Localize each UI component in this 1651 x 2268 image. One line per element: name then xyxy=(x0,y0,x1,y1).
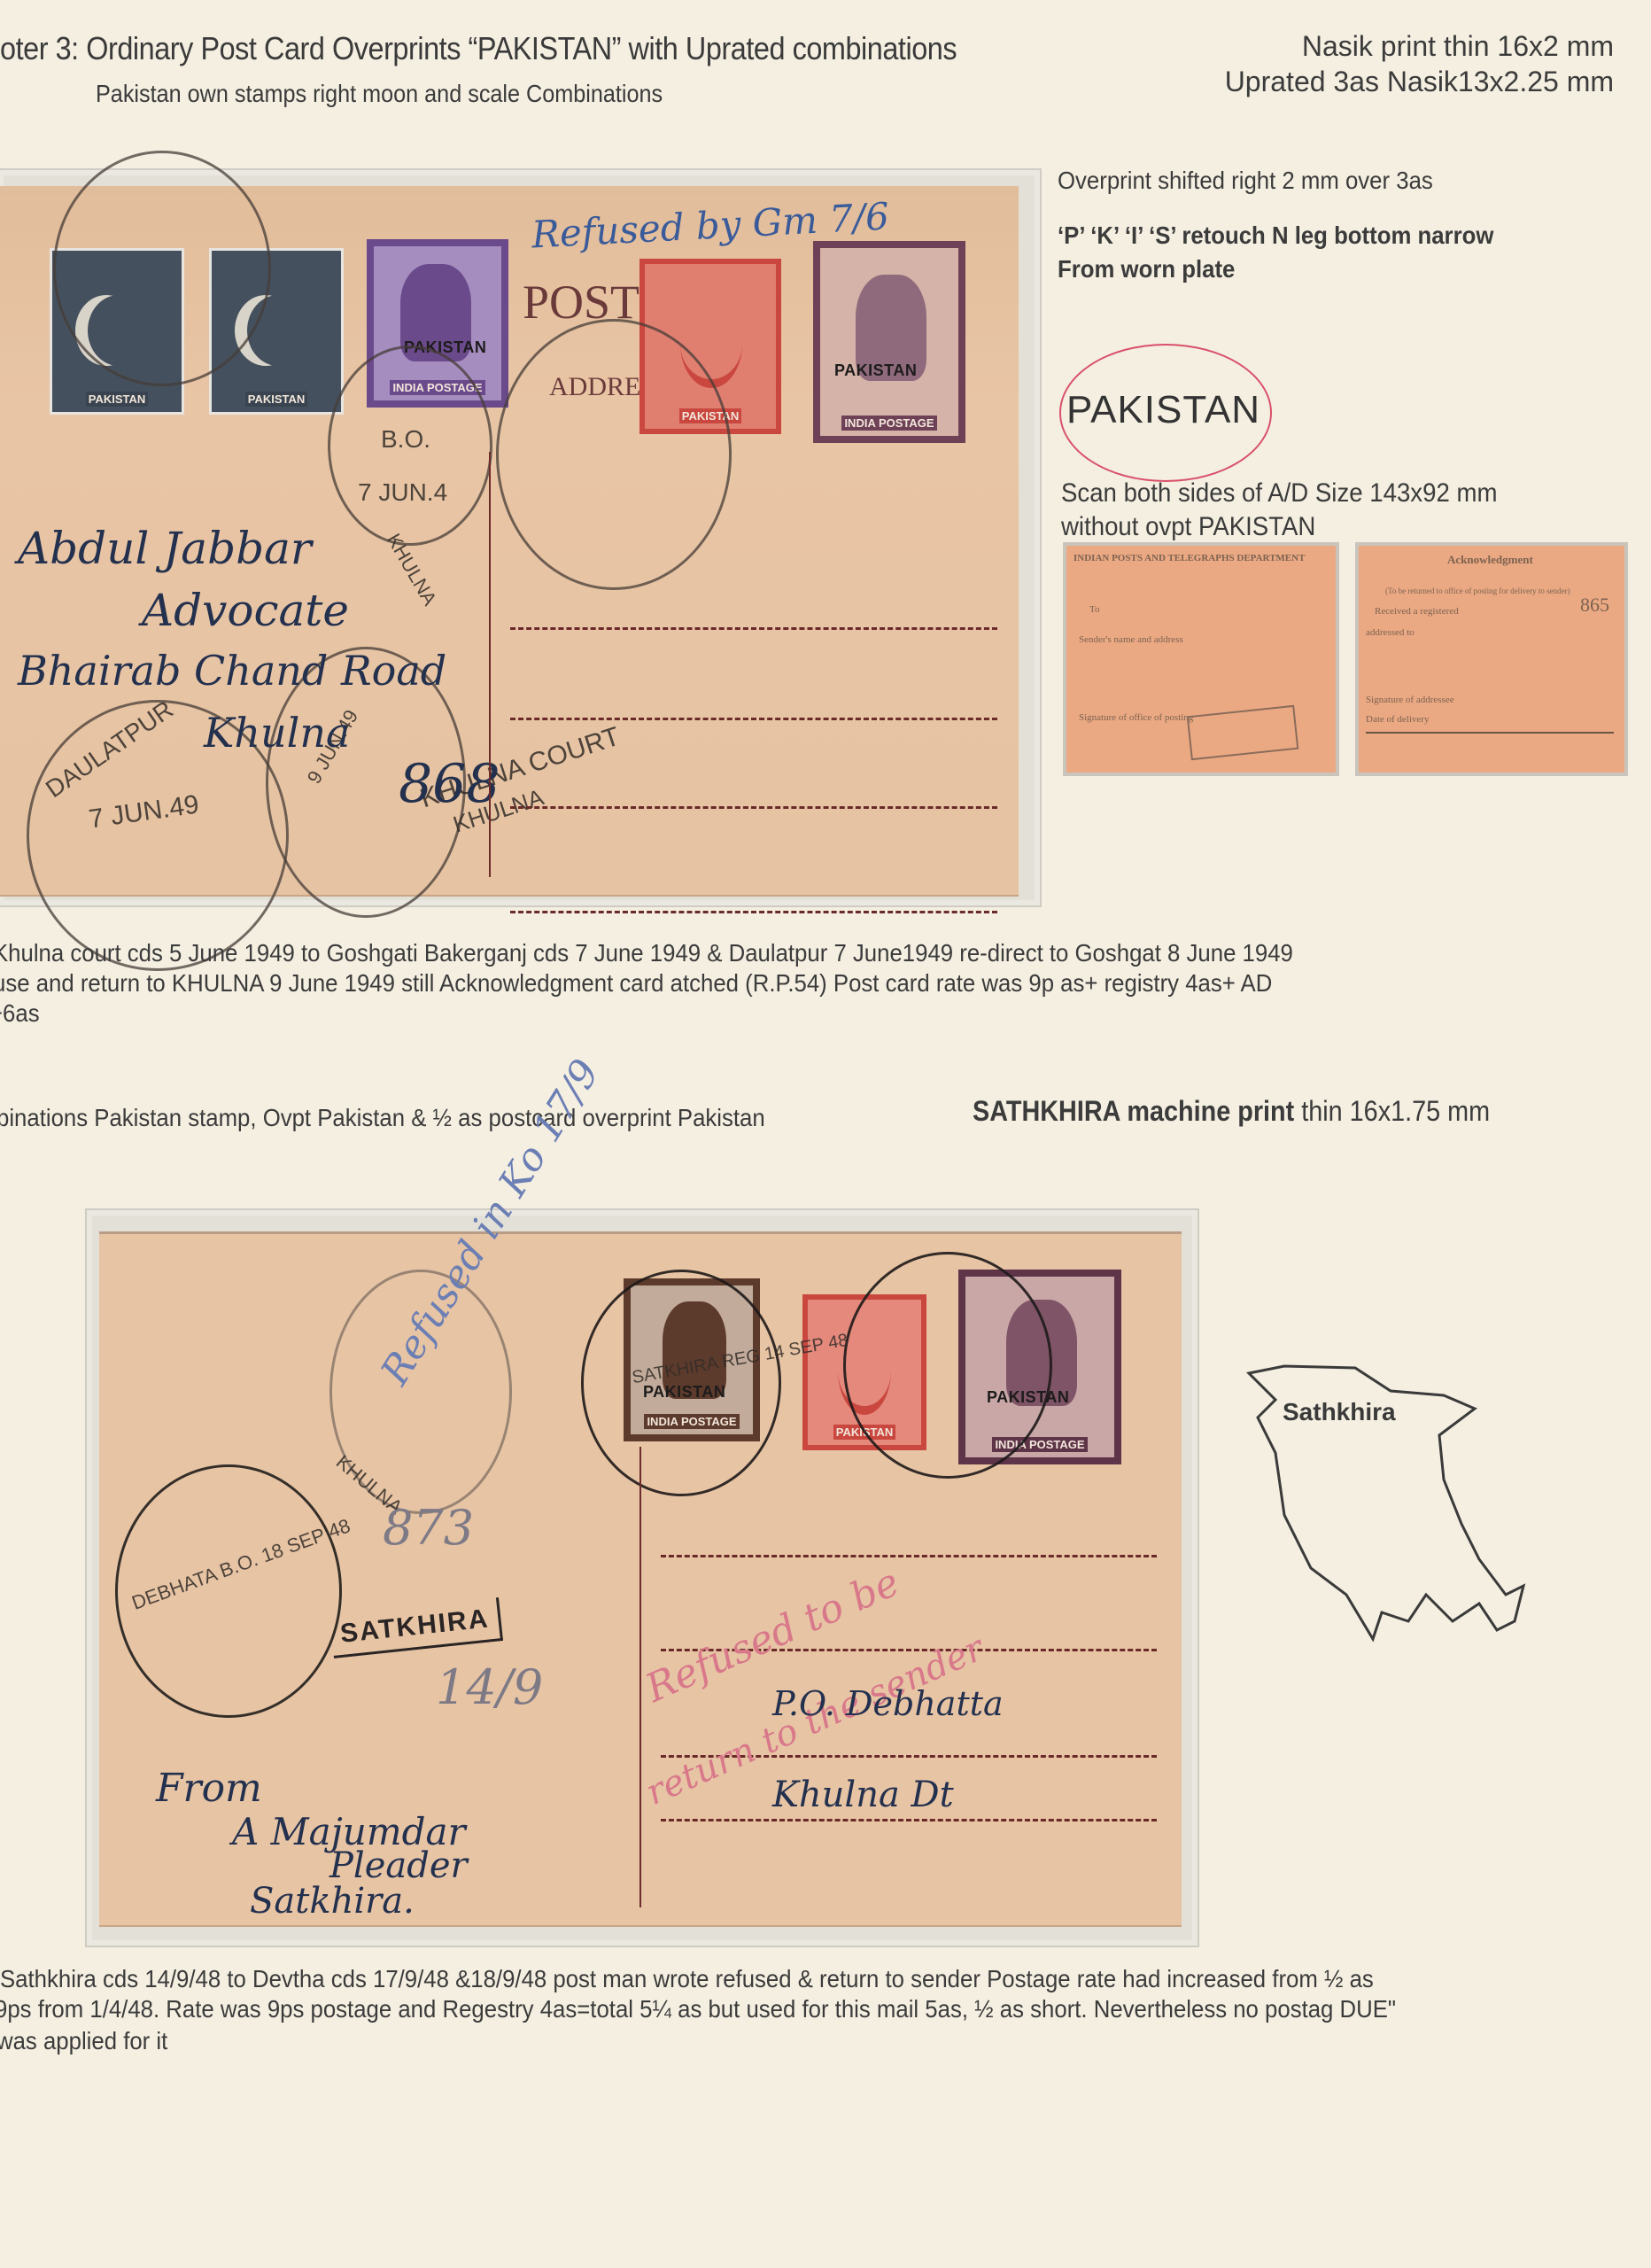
address-line: Bhairab Chand Road xyxy=(18,647,446,695)
ad-card-line: To xyxy=(1089,604,1099,615)
section-2-print-spec: SATHKHIRA machine print thin 16x1.75 mm xyxy=(973,1095,1490,1128)
caption-1-line-3: +6as xyxy=(0,999,40,1028)
page-subtitle: Pakistan own stamps right moon and scale… xyxy=(96,80,663,108)
postcard-2[interactable]: PAKISTAN INDIA POSTAGE PAKISTAN PAKISTAN… xyxy=(99,1231,1182,1927)
ad-card-header: Acknowledgment xyxy=(1447,553,1533,567)
postmark-circle xyxy=(53,151,271,386)
print-spec-line-1: Nasik print thin 16x2 mm xyxy=(1302,30,1614,63)
caption-1-line-2: use and return to KHULNA 9 June 1949 sti… xyxy=(0,969,1272,998)
postcard-1[interactable]: PAKISTAN PAKISTAN PAKISTAN INDIA POSTAGE… xyxy=(0,186,1019,897)
ad-card-line: Date of delivery xyxy=(1366,714,1429,725)
stamp-label: PAKISTAN xyxy=(86,392,149,407)
ad-card-line: Received a registered xyxy=(1375,606,1459,617)
postmark-circle xyxy=(843,1252,1052,1479)
map-label: Sathkhira xyxy=(1283,1398,1396,1426)
satkhira-box-handstamp: SATKHIRA xyxy=(329,1597,503,1658)
note-retouch: ‘P’ ‘K’ ‘I’ ‘S’ retouch N leg bottom nar… xyxy=(1058,221,1493,250)
divider-line xyxy=(489,452,491,877)
ad-card-number: 865 xyxy=(1580,594,1609,617)
ad-card-front-image[interactable]: INDIAN POSTS AND TELEGRAPHS DEPARTMENT T… xyxy=(1063,542,1339,776)
ad-card-line: Signature of office of posting xyxy=(1079,712,1193,723)
address-line: Advocate xyxy=(142,585,349,636)
address-dotted-line xyxy=(510,627,997,630)
stamp-label: INDIA POSTAGE xyxy=(841,416,936,431)
address-dotted-line xyxy=(510,911,997,913)
sender-line: From xyxy=(156,1766,262,1811)
indicium-half-anna: PAKISTAN INDIA POSTAGE xyxy=(813,241,965,443)
postmark-office: B.O. xyxy=(381,425,430,454)
stamp-label: PAKISTAN xyxy=(245,392,308,407)
scan-note: Scan both sides of A/D Size 143x92 mm xyxy=(1061,478,1497,509)
caption-2-line-2: 9ps from 1/4/48. Rate was 9ps postage an… xyxy=(0,1995,1396,2023)
pencil-number: 868 xyxy=(399,753,500,815)
office-handstamp-box xyxy=(1187,705,1299,760)
caption-2-line-1: Sathkhira cds 14/9/48 to Devtha cds 17/9… xyxy=(0,1965,1374,1993)
address-line: P.O. Debhatta xyxy=(772,1684,1004,1723)
scan-note: without ovpt PAKISTAN xyxy=(1061,512,1315,542)
print-spec-line-2: Uprated 3as Nasik13x2.25 mm xyxy=(1225,66,1614,98)
note-worn-plate: From worn plate xyxy=(1058,255,1235,283)
divider-line xyxy=(639,1447,641,1907)
postmark-date: 7 JUN.4 xyxy=(358,478,447,507)
pencil-number: 14/9 xyxy=(436,1659,543,1715)
ad-card-line: Signature of addressee xyxy=(1366,695,1454,705)
caption-2-line-3: was applied for it xyxy=(0,2027,167,2055)
sathkhira-district-map: Sathkhira xyxy=(1240,1355,1559,1648)
pencil-number: 873 xyxy=(383,1500,474,1556)
caption-1-line-1: Khulna court cds 5 June 1949 to Goshgati… xyxy=(0,939,1293,967)
sender-line: Satkhira. xyxy=(250,1881,415,1922)
note-overprint-shift: Overprint shifted right 2 mm over 3as xyxy=(1058,167,1433,195)
address-dotted-line xyxy=(510,718,997,720)
ad-card-line: (To be returned to office of posting for… xyxy=(1385,586,1570,595)
address-line: Khulna Dt xyxy=(772,1775,954,1815)
page-title: oter 3: Ordinary Post Card Overprints “P… xyxy=(0,30,957,67)
ad-card-line: Sender's name and address xyxy=(1079,634,1183,645)
ad-card-header: INDIAN POSTS AND TELEGRAPHS DEPARTMENT xyxy=(1074,553,1305,563)
postmark-circle xyxy=(581,1270,781,1496)
print-spec-normal: thin 16x1.75 mm xyxy=(1294,1095,1490,1127)
address-dotted-line xyxy=(661,1555,1157,1557)
overprint-text: PAKISTAN xyxy=(834,361,917,380)
address-line: Abdul Jabbar xyxy=(18,523,312,574)
address-line: Khulna xyxy=(204,709,350,757)
postmark-circle xyxy=(496,319,732,590)
ad-card-back-image[interactable]: Acknowledgment (To be returned to office… xyxy=(1355,542,1628,776)
overprint-example: PAKISTAN xyxy=(1066,388,1260,432)
address-dotted-line xyxy=(510,806,997,809)
print-spec-bold: SATHKHIRA machine print xyxy=(973,1095,1294,1127)
ad-card-line: addressed to xyxy=(1366,627,1415,638)
address-dotted-line xyxy=(661,1819,1157,1821)
section-2-heading: binations Pakistan stamp, Ovpt Pakistan … xyxy=(0,1104,765,1132)
divider-line xyxy=(1366,732,1614,734)
